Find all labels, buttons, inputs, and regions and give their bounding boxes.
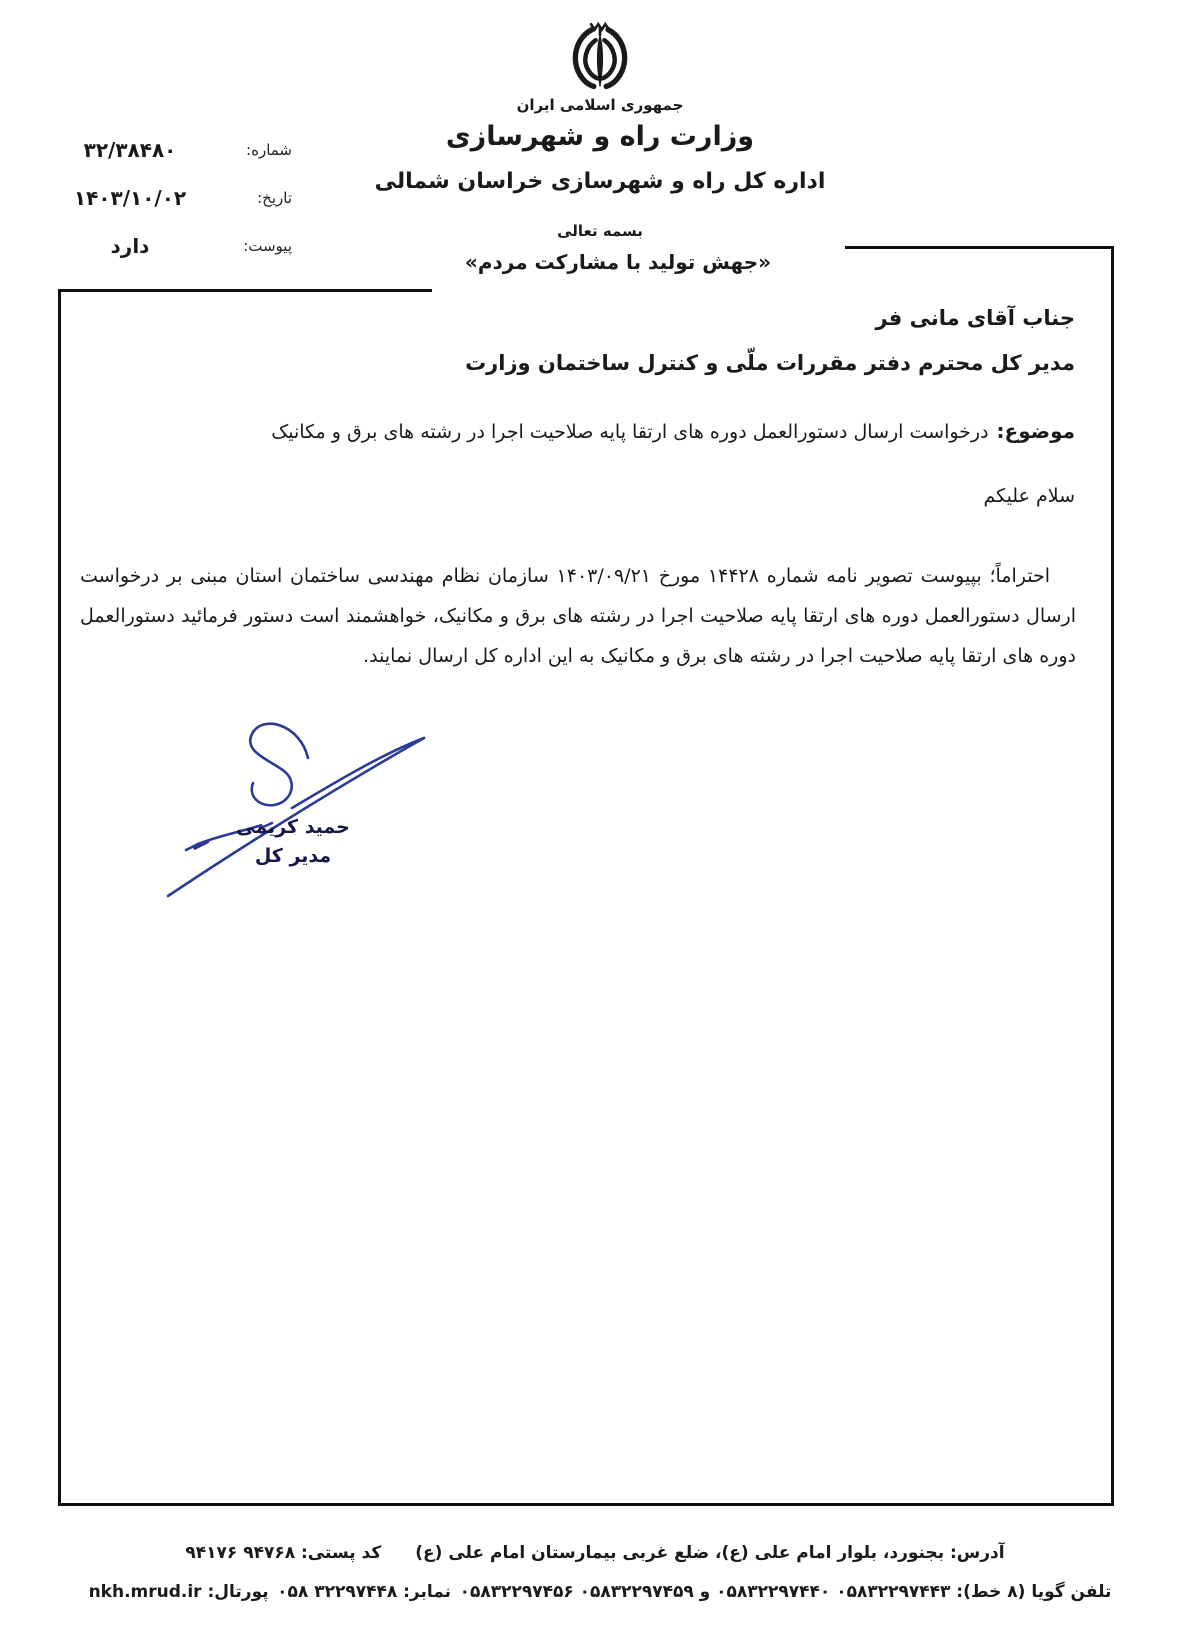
header-department-title: اداره کل راه و شهرسازی خراسان شمالی [300, 169, 900, 194]
year-slogan: «جهش تولید با مشارکت مردم» [428, 250, 808, 274]
letter-body-paragraph: احتراماً؛ بپیوست تصویر نامه شماره ۱۴۴۲۸ … [80, 556, 1076, 676]
frame-top-right-line [845, 246, 1114, 249]
meta-row-number: شماره: ۳۲/۳۸۴۸۰ [55, 136, 292, 164]
subject-label: موضوع: [997, 419, 1075, 443]
recipient-title: مدیر کل محترم دفتر مقررات ملّی و کنترل س… [300, 351, 1075, 375]
salutation: سلام علیکم [700, 485, 1075, 507]
iran-emblem-icon [552, 18, 648, 98]
scanned-letter-page: جمهوری اسلامی ایران وزارت راه و شهرسازی … [0, 0, 1200, 1650]
frame-right-border [1111, 246, 1114, 1506]
number-value: ۳۲/۳۸۴۸۰ [55, 138, 205, 162]
header-republic-title: جمهوری اسلامی ایران [400, 96, 800, 114]
frame-top-left-line [58, 289, 432, 292]
frame-bottom-border [58, 1503, 1114, 1506]
frame-left-border [58, 289, 61, 1506]
meta-row-attachment: پیوست: دارد [55, 232, 292, 260]
subject-text: درخواست ارسال دستورالعمل دوره های ارتقا … [271, 421, 988, 443]
footer-phone-line: تلفن گویا (۸ خط): ۰۵۸۳۲۲۹۷۴۴۳ ۰۵۸۳۲۲۹۷۴۴… [8, 1582, 1192, 1602]
header-ministry-title: وزارت راه و شهرسازی [350, 121, 850, 152]
recipient-name: جناب آقای مانی فر [600, 306, 1075, 330]
meta-row-date: تاریخ: ۱۴۰۳/۱۰/۰۲ [55, 184, 292, 212]
attachment-value: دارد [55, 234, 205, 258]
date-label: تاریخ: [257, 189, 292, 207]
date-value: ۱۴۰۳/۱۰/۰۲ [55, 186, 205, 210]
signer-title: مدیر کل [234, 845, 352, 867]
header-bismillah: بسمه تعالی [480, 222, 720, 240]
signer-name: حمید کریمی [218, 816, 368, 838]
handwritten-signature [140, 698, 440, 918]
subject-line: موضوع:درخواست ارسال دستورالعمل دوره های … [110, 419, 1075, 443]
number-label: شماره: [246, 141, 292, 159]
footer-address-line: آدرس: بجنورد، بلوار امام علی (ع)، ضلع غر… [90, 1543, 1100, 1563]
attachment-label: پیوست: [243, 237, 292, 255]
